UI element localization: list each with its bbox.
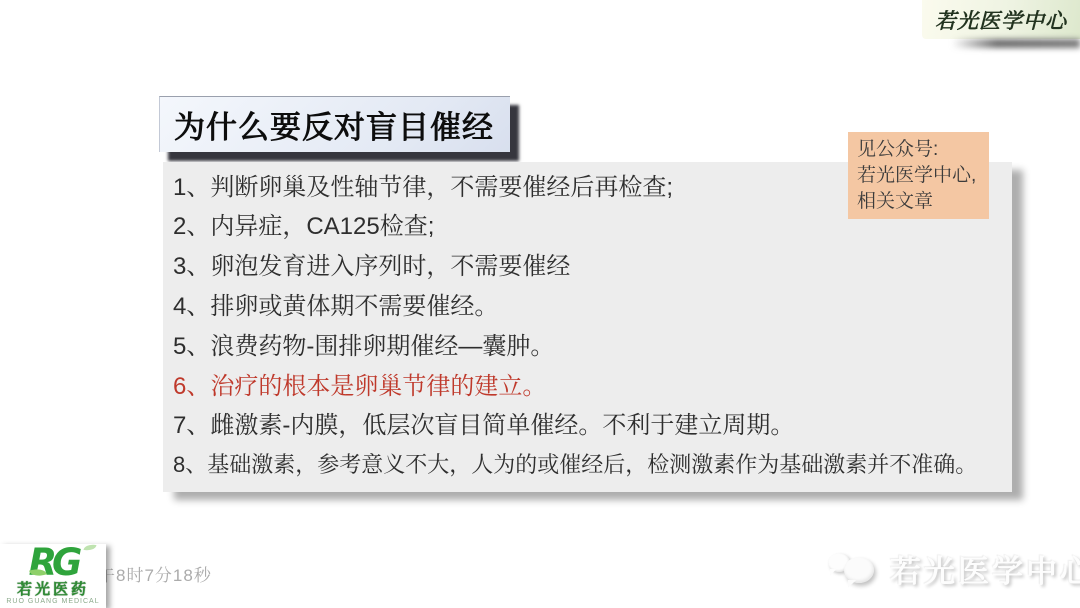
list-item-3: 3、卵泡发育进入序列时，不需要催经: [173, 254, 1006, 280]
slide-title-box: 为什么要反对盲目催经: [159, 96, 510, 152]
brand-banner: 若光医学中心: [922, 0, 1080, 39]
list-item-6-highlighted: 6、治疗的根本是卵巢节律的建立。: [173, 374, 1006, 400]
logo-company-name: 若光医药: [17, 582, 89, 598]
list-item-4: 4、排卵或黄体期不需要催经。: [173, 294, 1006, 320]
rg-logo: RG 若光医药 RUO GUANG MEDICAL: [0, 544, 106, 608]
brand-banner-shadow: [952, 39, 1080, 48]
page-title: 为什么要反对盲目催经: [174, 110, 494, 145]
watermark: 若光医学中心: [828, 546, 1080, 591]
public-account-note: 见公众号: 若光医学中心, 相关文章: [848, 132, 989, 219]
note-line-3: 相关文章: [857, 189, 980, 215]
wechat-icon: [828, 547, 880, 591]
list-item-5: 5、浪费药物-围排卵期催经—囊肿。: [173, 334, 1006, 360]
list-item-8: 8、基础激素，参考意义不大，人为的或催经后，检测激素作为基础激素并不准确。: [173, 453, 1006, 477]
rg-monogram: RG: [29, 544, 78, 584]
logo-company-subtitle: RUO GUANG MEDICAL: [6, 598, 99, 606]
list-item-7: 7、雌激素-内膜，低层次盲目简单催经。不利于建立周期。: [173, 413, 1006, 439]
note-line-2: 若光医学中心,: [857, 163, 980, 189]
sprout-icon: [83, 544, 96, 552]
note-line-1: 见公众号:: [857, 137, 980, 163]
chat-bubble-big: [844, 557, 874, 583]
rg-monogram-row: RG: [0, 544, 106, 582]
watermark-text: 若光医学中心: [890, 546, 1080, 591]
brand-banner-text: 若光医学中心: [935, 5, 1067, 35]
